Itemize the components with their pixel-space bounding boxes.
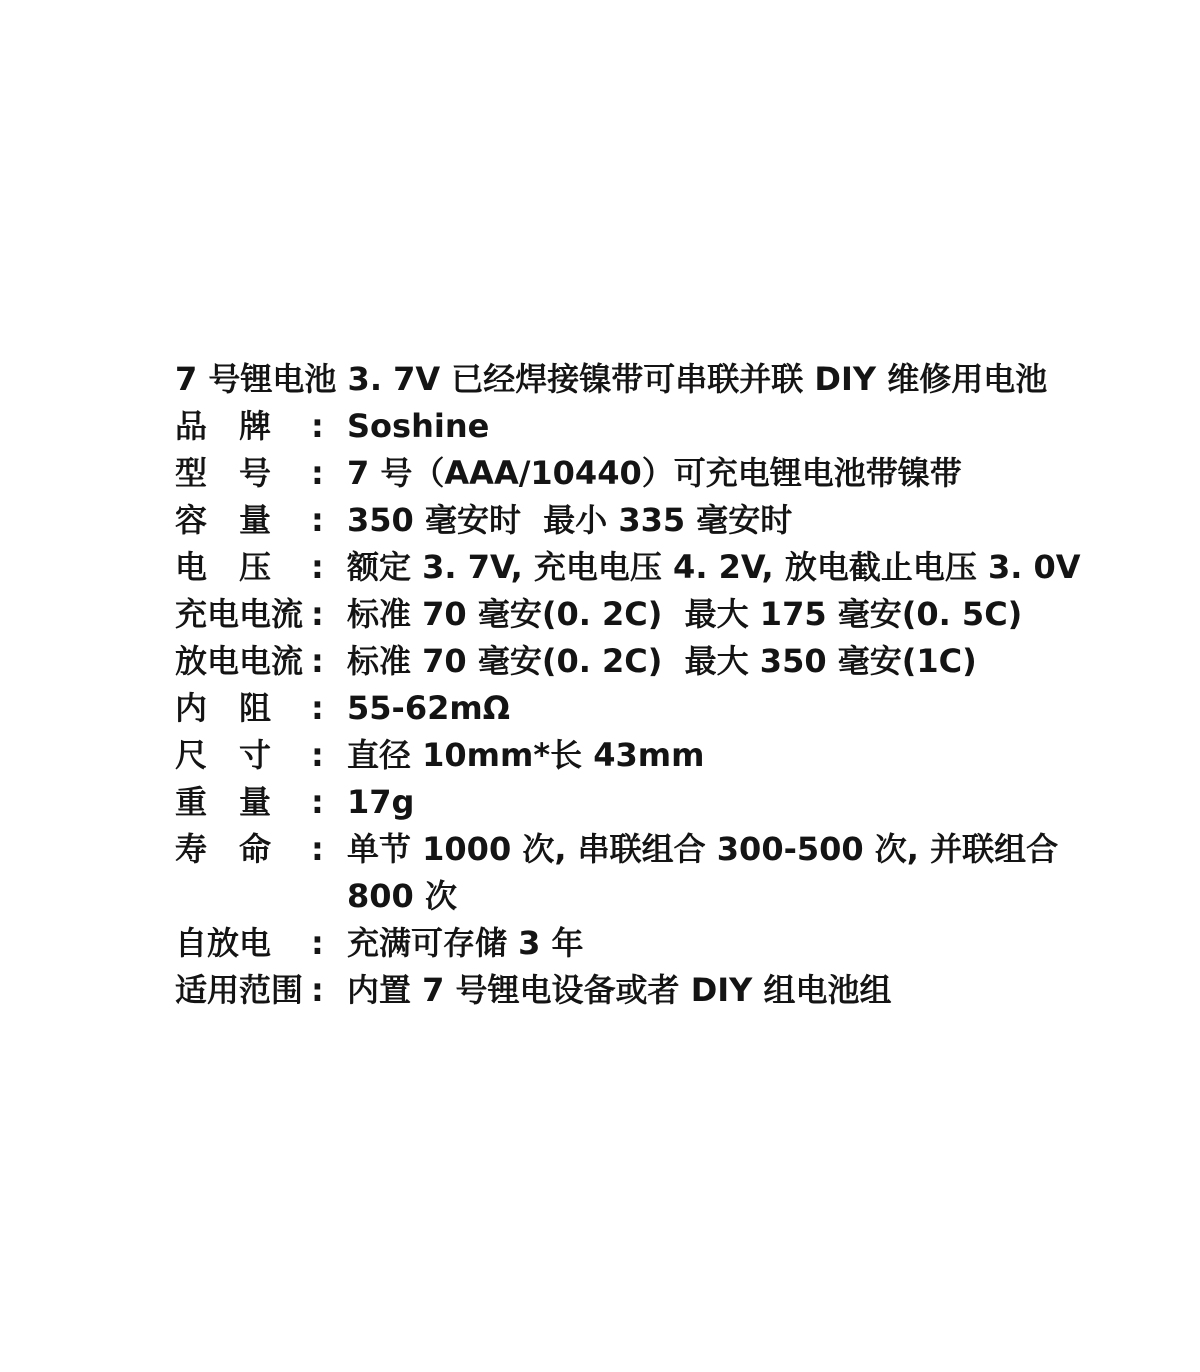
spec-colon: :	[307, 967, 347, 1014]
spec-label-charge-current: 充电电流	[175, 591, 307, 638]
spec-colon: :	[307, 920, 347, 967]
product-title: 7 号锂电池 3. 7V 已经焊接镍带可串联并联 DIY 维修用电池	[175, 356, 1075, 403]
spec-value-brand: Soshine	[347, 403, 489, 450]
spec-label-dimensions: 尺 寸	[175, 732, 307, 779]
spec-colon: :	[307, 403, 347, 450]
product-spec-sheet: 7 号锂电池 3. 7V 已经焊接镍带可串联并联 DIY 维修用电池 品 牌 :…	[175, 356, 1075, 1014]
spec-colon: :	[307, 450, 347, 497]
spec-label-application-range: 适用范围	[175, 967, 307, 1014]
spec-row-voltage: 电 压 : 额定 3. 7V, 充电电压 4. 2V, 放电截止电压 3. 0V	[175, 544, 1075, 591]
spec-colon: :	[307, 544, 347, 591]
spec-label-model: 型 号	[175, 450, 307, 497]
spec-row-discharge-current: 放电电流 : 标准 70 毫安(0. 2C) 最大 350 毫安(1C)	[175, 638, 1075, 685]
spec-value-discharge-current: 标准 70 毫安(0. 2C) 最大 350 毫安(1C)	[347, 638, 977, 685]
spec-row-self-discharge: 自放电 : 充满可存储 3 年	[175, 920, 1075, 967]
spec-value-charge-current: 标准 70 毫安(0. 2C) 最大 175 毫安(0. 5C)	[347, 591, 1022, 638]
spec-row-charge-current: 充电电流 : 标准 70 毫安(0. 2C) 最大 175 毫安(0. 5C)	[175, 591, 1075, 638]
spec-label-discharge-current: 放电电流	[175, 638, 307, 685]
spec-label-voltage: 电 压	[175, 544, 307, 591]
spec-row-model: 型 号 : 7 号（AAA/10440）可充电锂电池带镍带	[175, 450, 1075, 497]
spec-colon: :	[307, 732, 347, 779]
spec-label-capacity: 容 量	[175, 497, 307, 544]
spec-row-lifespan: 寿 命 : 单节 1000 次, 串联组合 300-500 次, 并联组合 80…	[175, 826, 1075, 920]
spec-row-capacity: 容 量 : 350 毫安时 最小 335 毫安时	[175, 497, 1075, 544]
spec-value-model: 7 号（AAA/10440）可充电锂电池带镍带	[347, 450, 962, 497]
spec-colon: :	[307, 638, 347, 685]
spec-label-weight: 重 量	[175, 779, 307, 826]
spec-label-self-discharge: 自放电	[175, 920, 307, 967]
spec-label-lifespan: 寿 命	[175, 826, 307, 873]
spec-row-internal-resistance: 内 阻 : 55-62mΩ	[175, 685, 1075, 732]
spec-value-dimensions: 直径 10mm*长 43mm	[347, 732, 704, 779]
spec-colon: :	[307, 779, 347, 826]
spec-colon: :	[307, 497, 347, 544]
spec-value-voltage: 额定 3. 7V, 充电电压 4. 2V, 放电截止电压 3. 0V	[347, 544, 1081, 591]
spec-value-self-discharge: 充满可存储 3 年	[347, 920, 584, 967]
spec-row-brand: 品 牌 : Soshine	[175, 403, 1075, 450]
spec-colon: :	[307, 826, 347, 873]
spec-label-brand: 品 牌	[175, 403, 307, 450]
spec-colon: :	[307, 591, 347, 638]
spec-label-internal-resistance: 内 阻	[175, 685, 307, 732]
spec-value-weight: 17g	[347, 779, 414, 826]
spec-value-lifespan: 单节 1000 次, 串联组合 300-500 次, 并联组合 800 次	[347, 826, 1058, 920]
spec-value-capacity: 350 毫安时 最小 335 毫安时	[347, 497, 792, 544]
spec-row-dimensions: 尺 寸 : 直径 10mm*长 43mm	[175, 732, 1075, 779]
spec-row-weight: 重 量 : 17g	[175, 779, 1075, 826]
spec-row-application-range: 适用范围 : 内置 7 号锂电设备或者 DIY 组电池组	[175, 967, 1075, 1014]
spec-colon: :	[307, 685, 347, 732]
spec-value-application-range: 内置 7 号锂电设备或者 DIY 组电池组	[347, 967, 891, 1014]
spec-value-internal-resistance: 55-62mΩ	[347, 685, 510, 732]
